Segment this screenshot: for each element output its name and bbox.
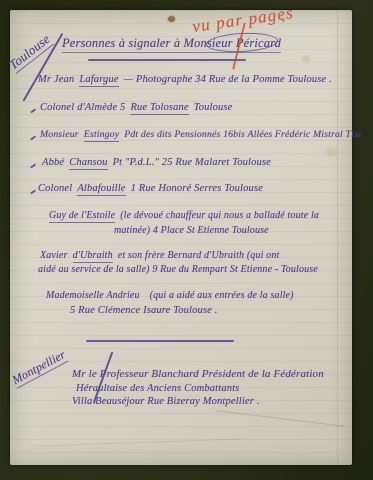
entry-andrieu-line2: 5 Rue Clémence Isaure Toulouse .: [70, 305, 218, 316]
entry-tick-icon: [30, 135, 36, 140]
header-rule: [88, 59, 246, 61]
entry-lafargue: Mr JeanLafargue— Photographe 34 Rue de l…: [38, 74, 337, 85]
entry-name-underlined: Albafouille: [77, 183, 125, 196]
entry-text: Mademoiselle Andrieu: [46, 290, 140, 301]
entry-name-underlined: Estingoy: [84, 129, 119, 142]
entry-blanchard-line1: Mr le Professeur Blanchard Président de …: [72, 368, 324, 380]
entry-tick-icon: [30, 108, 36, 113]
entry-text: Colonel d'Almède 5: [40, 102, 125, 113]
entry-almede: Colonel d'Almède 5Rue TolosaneToulouse: [40, 102, 237, 113]
faded-stain: [302, 56, 310, 62]
margin-label-toulouse: Toulouse: [6, 31, 54, 74]
entry-text: Abbé: [42, 157, 64, 168]
scan-background: Toulouse Personnes à signaler à Monsieur…: [0, 0, 373, 480]
margin-label-montpellier: Montpellier: [10, 347, 69, 389]
entry-text: Monsieur: [40, 129, 79, 140]
entry-text: Pt "P.d.L." 25 Rue Malaret Toulouse: [113, 157, 271, 168]
entry-text: (le dévoué chauffeur qui nous a balladé …: [120, 210, 319, 221]
paper: Toulouse Personnes à signaler à Monsieur…: [10, 10, 352, 465]
section-divider: [86, 340, 234, 342]
paper-crease: [337, 10, 338, 465]
entry-chansou: AbbéChansouPt "P.d.L." 25 Rue Malaret To…: [42, 157, 276, 168]
ink-stain: [168, 16, 175, 22]
paper-crease: [35, 438, 245, 446]
entry-albafouille: ColonelAlbafouille1 Rue Honoré Serres To…: [38, 183, 268, 194]
entry-tick-icon: [30, 189, 36, 194]
entry-ubraith: Xavierd'Ubraithet son frère Bernard d'Ub…: [40, 250, 284, 261]
entry-text: Toulouse: [194, 102, 233, 113]
entry-andrieu: Mademoiselle Andrieu(qui a aidé aux entr…: [46, 290, 299, 301]
entry-estoile-line2: matinée) 4 Place St Etienne Toulouse: [114, 225, 269, 236]
paper-crease: [215, 410, 344, 427]
entry-text: et son frère Bernard d'Ubraith (qui ont: [118, 250, 280, 261]
entry-text: Xavier: [40, 250, 68, 261]
faded-stain: [326, 148, 337, 156]
entry-name-underlined: Guy de l'Estoile: [49, 210, 115, 223]
entry-text: 1 Rue Honoré Serres Toulouse: [131, 183, 263, 194]
entry-text: Mr Jean: [38, 74, 74, 85]
entry-estoile: Guy de l'Estoile(le dévoué chauffeur qui…: [44, 210, 324, 221]
entry-blanchard-line2: Héraultaise des Anciens Combattants: [76, 383, 239, 394]
entry-ubraith-line2: aidé au service de la salle) 9 Rue du Re…: [38, 264, 318, 275]
entry-name-underlined: d'Ubraith: [73, 250, 113, 263]
entry-tick-icon: [30, 163, 36, 168]
entry-text: — Photographe 34 Rue de la Pomme Toulous…: [124, 74, 332, 85]
entry-name-underlined: Lafargue: [79, 74, 118, 87]
entry-name-underlined: Rue Tolosane: [130, 102, 188, 115]
entry-estingoy: MonsieurEstingoyPdt des dits Pensionnés …: [40, 129, 367, 140]
entry-blanchard-line3: Villa Beauséjour Rue Bizeray Montpellier…: [72, 396, 259, 407]
entry-text: Colonel: [38, 183, 72, 194]
entry-text: Pdt des dits Pensionnés 16bis Allées Fré…: [124, 129, 362, 140]
entry-name-underlined: Chansou: [69, 157, 107, 170]
entry-text: (qui a aidé aux entrées de la salle): [150, 290, 294, 301]
